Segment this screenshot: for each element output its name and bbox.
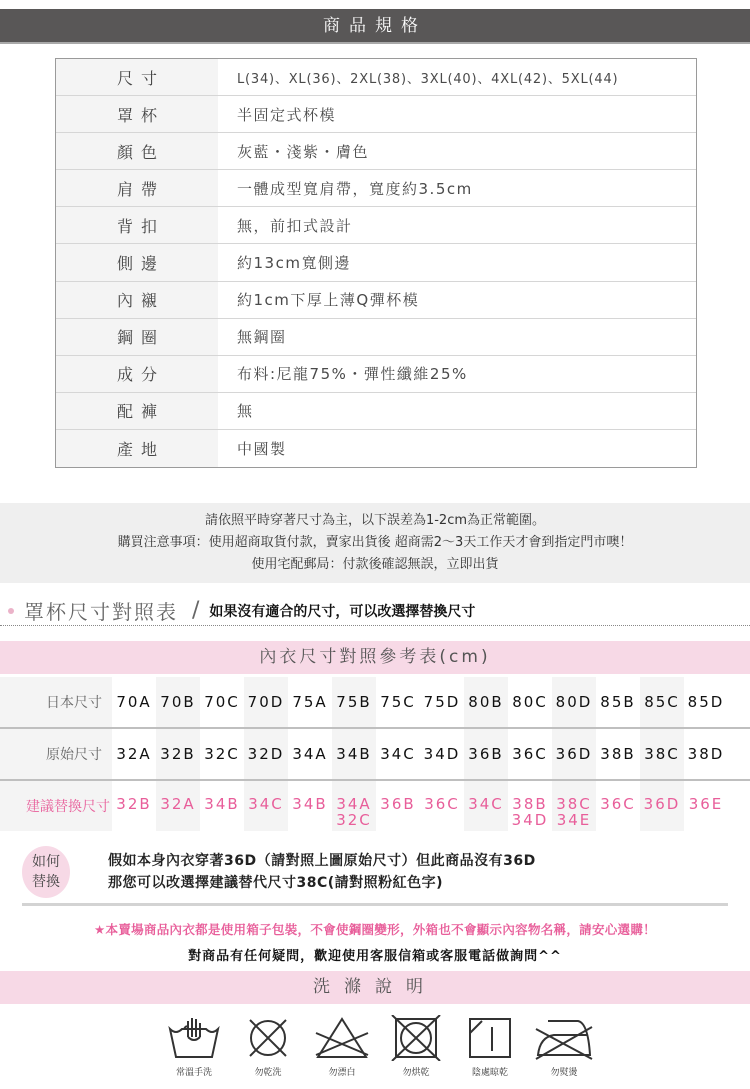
size-row-label: 日本尺寸 — [0, 677, 112, 727]
section-title: 罩杯尺寸對照表 — [24, 596, 178, 625]
spec-label: 配褲 — [56, 393, 218, 429]
spec-value: L(34)、XL(36)、2XL(38)、3XL(40)、4XL(42)、5XL… — [218, 59, 696, 95]
size-value: 36B — [380, 796, 415, 812]
spec-row: 背扣無，前扣式設計 — [56, 207, 696, 244]
size-cell: 32B — [156, 729, 200, 779]
size-cell: 34A32C — [332, 781, 376, 831]
spec-value: 灰藍・淺紫・膚色 — [218, 133, 696, 169]
spec-row: 鋼圈無鋼圈 — [56, 319, 696, 356]
spec-row: 配褲無 — [56, 393, 696, 430]
separator: / — [192, 598, 199, 623]
spec-label: 尺寸 — [56, 59, 218, 95]
size-cell: 38C — [640, 729, 684, 779]
size-cell: 70B — [156, 677, 200, 727]
size-cell: 36B — [464, 729, 508, 779]
spec-table: 尺寸L(34)、XL(36)、2XL(38)、3XL(40)、4XL(42)、5… — [55, 58, 697, 468]
no-dry-clean-icon — [238, 1015, 298, 1061]
size-cell: 75C — [376, 677, 420, 727]
spec-label: 肩帶 — [56, 170, 218, 206]
purchase-notice: 請依照平時穿著尺寸為主，以下誤差為1-2cm為正常範圍。 購買注意事項：使用超商… — [0, 503, 750, 583]
spec-row: 內襯約1cm下厚上薄Q彈杯模 — [56, 282, 696, 319]
badge-line: 如何 — [22, 852, 70, 872]
care-item-no-iron: 勿熨燙 — [528, 1015, 600, 1078]
spec-row: 側邊約13cm寬側邊 — [56, 244, 696, 281]
care-label: 陰處晾乾 — [472, 1065, 508, 1078]
size-value: 34B — [204, 796, 239, 812]
size-value: 32A — [160, 796, 195, 812]
size-cell: 34B — [288, 781, 332, 831]
size-value: 32C — [336, 812, 372, 828]
size-value: 34D — [512, 812, 549, 828]
size-value: 36C — [424, 796, 460, 812]
spec-row: 肩帶一體成型寬肩帶，寬度約3.5cm — [56, 170, 696, 207]
size-cell: 36C — [596, 781, 640, 831]
care-label: 勿乾洗 — [254, 1065, 281, 1078]
size-row-label: 建議替換尺寸 — [0, 781, 112, 831]
spec-row: 顏色灰藍・淺紫・膚色 — [56, 133, 696, 170]
contact-note: 對商品有任何疑問，歡迎使用客服信箱或客服電話做詢問^^ — [0, 945, 750, 964]
size-value: 34A — [336, 796, 371, 812]
size-cell: 85B — [596, 677, 640, 727]
size-cell: 36D — [640, 781, 684, 831]
badge-line: 替換 — [22, 872, 70, 892]
size-cell: 75D — [420, 677, 464, 727]
care-item-shade-dry: 陰處晾乾 — [454, 1015, 526, 1078]
exchange-line: 那您可以改選擇建議替代尺寸38C(請對照粉紅色字) — [108, 872, 536, 894]
size-cell: 34A — [288, 729, 332, 779]
size-value: 38B — [512, 796, 547, 812]
size-cell: 38B — [596, 729, 640, 779]
size-cell: 80D — [552, 677, 596, 727]
care-item-no-tumble-dry: 勿烘乾 — [380, 1015, 452, 1078]
notice-line: 使用宅配郵局：付款後確認無誤，立即出貨 — [0, 554, 750, 576]
spec-row: 尺寸L(34)、XL(36)、2XL(38)、3XL(40)、4XL(42)、5… — [56, 59, 696, 96]
care-label: 常溫手洗 — [176, 1065, 212, 1078]
size-cell: 32A — [112, 729, 156, 779]
care-item-no-dry-clean: 勿乾洗 — [232, 1015, 304, 1078]
spec-label: 鋼圈 — [56, 319, 218, 355]
size-value: 34B — [292, 796, 327, 812]
no-bleach-icon — [312, 1015, 372, 1061]
spec-value: 約13cm寬側邊 — [218, 244, 696, 280]
size-cell: 34B — [332, 729, 376, 779]
spec-row: 罩杯半固定式杯模 — [56, 96, 696, 133]
hand-wash-icon — [164, 1015, 224, 1061]
size-cell: 85C — [640, 677, 684, 727]
notice-line: 請依照平時穿著尺寸為主，以下誤差為1-2cm為正常範圍。 — [0, 510, 750, 532]
size-cell: 85D — [684, 677, 728, 727]
size-cell: 70A — [112, 677, 156, 727]
care-item-hand-wash: 常溫手洗 — [158, 1015, 230, 1078]
size-table-title: 內衣尺寸對照參考表(cm) — [0, 641, 750, 674]
size-cell: 32C — [200, 729, 244, 779]
spec-label: 罩杯 — [56, 96, 218, 132]
care-title: 洗滌說明 — [0, 971, 750, 1004]
size-cell: 38B34D — [508, 781, 552, 831]
size-value: 32B — [116, 796, 151, 812]
size-cell: 32A — [156, 781, 200, 831]
spec-value: 布料:尼龍75%・彈性纖維25% — [218, 356, 696, 392]
exchange-line: 假如本身內衣穿著36D（請對照上圖原始尺寸）但此商品沒有36D — [108, 850, 536, 872]
care-icons: 常溫手洗 勿乾洗 勿漂白 勿烘乾 陰處晾乾 勿 — [158, 1015, 602, 1078]
size-cell: 36C — [508, 729, 552, 779]
size-cell: 38C34E — [552, 781, 596, 831]
size-table: 日本尺寸70A70B70C70D75A75B75C75D80B80C80D85B… — [0, 677, 750, 831]
spec-label: 背扣 — [56, 207, 218, 243]
size-chart-heading: 罩杯尺寸對照表 / 如果沒有適合的尺寸，可以改選擇替換尺寸 — [0, 596, 750, 626]
size-value: 34E — [557, 812, 592, 828]
spec-label: 內襯 — [56, 282, 218, 318]
size-cell: 32B — [112, 781, 156, 831]
exchange-text: 假如本身內衣穿著36D（請對照上圖原始尺寸）但此商品沒有36D 那您可以改選擇建… — [108, 850, 536, 894]
section-subtitle: 如果沒有適合的尺寸，可以改選擇替換尺寸 — [209, 601, 475, 621]
spec-row: 產地中國製 — [56, 430, 696, 467]
spec-value: 無，前扣式設計 — [218, 207, 696, 243]
care-label: 勿漂白 — [328, 1065, 355, 1078]
size-cell: 32D — [244, 729, 288, 779]
size-cell: 36E — [684, 781, 728, 831]
spec-value: 半固定式杯模 — [218, 96, 696, 132]
size-cell: 34D — [420, 729, 464, 779]
size-cell: 80C — [508, 677, 552, 727]
spec-value: 一體成型寬肩帶，寬度約3.5cm — [218, 170, 696, 206]
shade-dry-icon — [460, 1015, 520, 1061]
size-row-label: 原始尺寸 — [0, 729, 112, 779]
size-value: 38C — [556, 796, 592, 812]
size-cell: 80B — [464, 677, 508, 727]
size-cell: 34C — [244, 781, 288, 831]
spec-value: 中國製 — [218, 430, 696, 467]
size-cell: 75A — [288, 677, 332, 727]
size-cell: 34B — [200, 781, 244, 831]
size-cell: 75B — [332, 677, 376, 727]
spec-label: 側邊 — [56, 244, 218, 280]
notice-line: 購買注意事項：使用超商取貨付款，賣家出貨後 超商需2～3天工作天才會到指定門市噢… — [0, 532, 750, 554]
size-row: 原始尺寸32A32B32C32D34A34B34C34D36B36C36D38B… — [0, 729, 750, 781]
size-cell: 38D — [684, 729, 728, 779]
spec-value: 無鋼圈 — [218, 319, 696, 355]
size-value: 36C — [600, 796, 636, 812]
no-tumble-dry-icon — [386, 1015, 446, 1061]
size-row: 日本尺寸70A70B70C70D75A75B75C75D80B80C80D85B… — [0, 677, 750, 729]
size-row: 建議替換尺寸32B32A34B34C34B34A32C36B36C34C38B3… — [0, 781, 750, 831]
size-cell: 34C — [464, 781, 508, 831]
care-item-no-bleach: 勿漂白 — [306, 1015, 378, 1078]
spec-label: 成分 — [56, 356, 218, 392]
size-cell: 36C — [420, 781, 464, 831]
size-cell: 36D — [552, 729, 596, 779]
size-value: 34C — [468, 796, 504, 812]
exchange-guide: 如何 替換 假如本身內衣穿著36D（請對照上圖原始尺寸）但此商品沒有36D 那您… — [22, 842, 728, 906]
size-value: 34C — [248, 796, 284, 812]
spec-value: 無 — [218, 393, 696, 429]
size-cell: 70D — [244, 677, 288, 727]
no-iron-icon — [534, 1015, 594, 1061]
care-label: 勿熨燙 — [550, 1065, 577, 1078]
spec-label: 顏色 — [56, 133, 218, 169]
bullet-dot-icon — [8, 608, 14, 614]
size-cell: 36B — [376, 781, 420, 831]
packaging-note: ★本賣場商品內衣都是使用箱子包裝，不會使鋼圈變形，外箱也不會顯示內容物名稱，請安… — [0, 920, 750, 938]
size-value: 36D — [644, 796, 681, 812]
spec-label: 產地 — [56, 430, 218, 467]
spec-header: 商品規格 — [0, 9, 750, 44]
exchange-badge: 如何 替換 — [22, 846, 70, 898]
size-cell: 34C — [376, 729, 420, 779]
size-cell: 70C — [200, 677, 244, 727]
size-value: 36E — [689, 796, 724, 812]
spec-value: 約1cm下厚上薄Q彈杯模 — [218, 282, 696, 318]
spec-row: 成分布料:尼龍75%・彈性纖維25% — [56, 356, 696, 393]
care-label: 勿烘乾 — [402, 1065, 429, 1078]
